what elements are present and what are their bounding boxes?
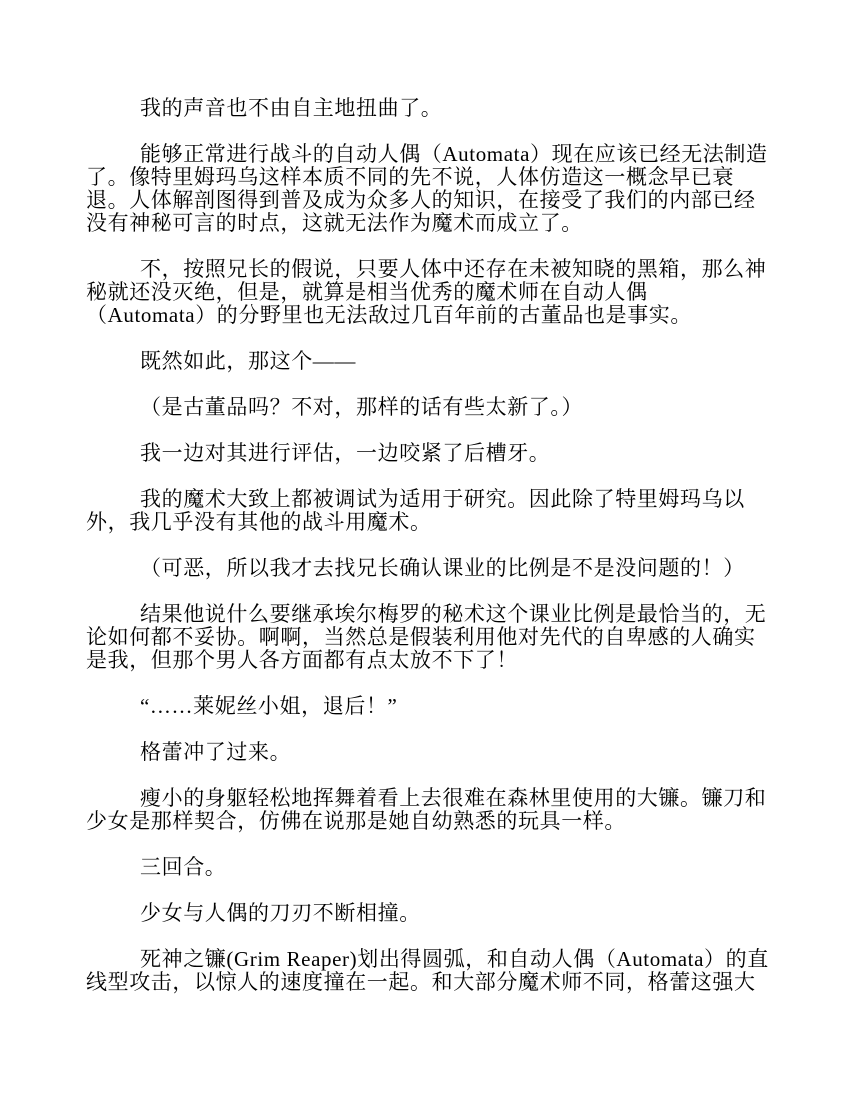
page-text: 我的声音也不由自主地扭曲了。能够正常进行战斗的自动人偶（Automata）现在应… (86, 97, 780, 1017)
paragraph: 我的魔术大致上都被调试为适用于研究。因此除了特里姆玛乌以 外，我几乎没有其他的战… (86, 488, 780, 534)
paragraph: 我的声音也不由自主地扭曲了。 (86, 97, 780, 120)
paragraph: 结果他说什么要继承埃尔梅罗的秘术这个课业比例是最恰当的，无 论如何都不妥协。啊啊… (86, 603, 780, 672)
paragraph: 格蕾冲了过来。 (86, 741, 780, 764)
paragraph: 死神之镰(Grim Reaper)划出得圆弧，和自动人偶（Automata）的直… (86, 948, 780, 994)
novel-page: 我的声音也不由自主地扭曲了。能够正常进行战斗的自动人偶（Automata）现在应… (0, 0, 850, 1100)
paragraph: “……莱妮丝小姐，退后！” (86, 695, 780, 718)
paragraph: 既然如此，那这个—— (86, 350, 780, 373)
paragraph: 三回合。 (86, 856, 780, 879)
paragraph: 少女与人偶的刀刃不断相撞。 (86, 902, 780, 925)
paragraph: 不，按照兄长的假说，只要人体中还存在未被知晓的黑箱，那么神 秘就还没灭绝，但是，… (86, 258, 780, 327)
paragraph: 能够正常进行战斗的自动人偶（Automata）现在应该已经无法制造 了。像特里姆… (86, 143, 780, 235)
paragraph: 我一边对其进行评估，一边咬紧了后槽牙。 (86, 442, 780, 465)
paragraph: （是古董品吗？不对，那样的话有些太新了。） (86, 396, 780, 419)
paragraph: （可恶，所以我才去找兄长确认课业的比例是不是没问题的！） (86, 557, 780, 580)
paragraph: 瘦小的身躯轻松地挥舞着看上去很难在森林里使用的大镰。镰刀和 少女是那样契合，仿佛… (86, 787, 780, 833)
